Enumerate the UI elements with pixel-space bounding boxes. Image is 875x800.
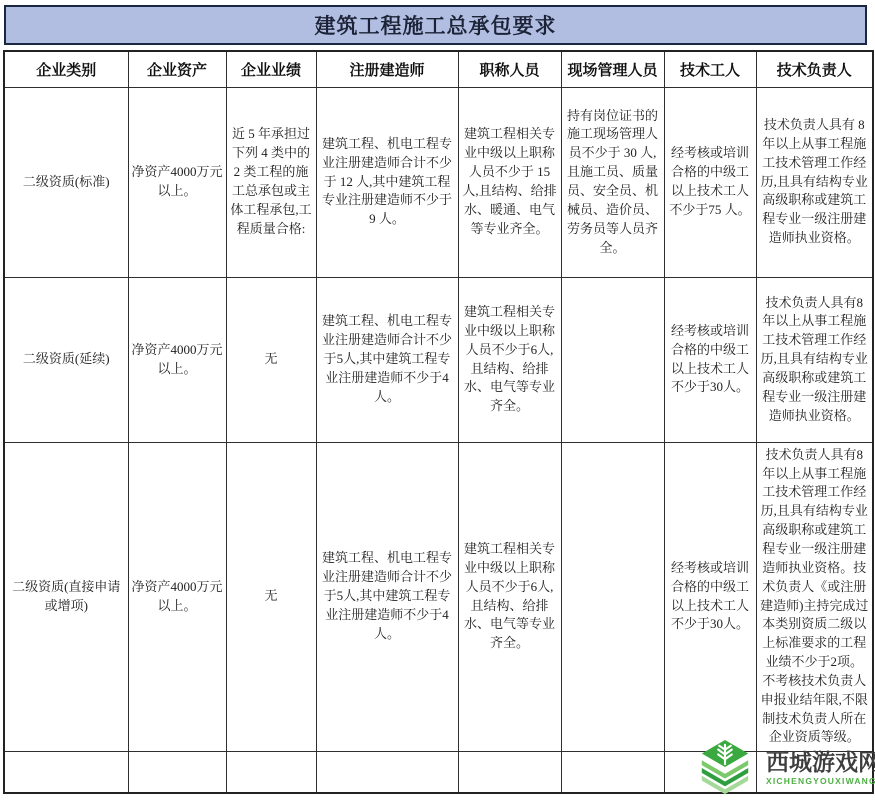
watermark: 西城游戏网 XICHENGYOUXIWANG: [686, 738, 874, 798]
cell-constructor: 建筑工程、机电工程专业注册建造师合计不少于5人,其中建筑工程专业注册建造师不少于…: [316, 277, 458, 442]
cell-assets: 净资产4000万元以上。: [128, 442, 226, 751]
header-registered-constructor: 注册建造师: [316, 51, 458, 87]
header-site-management: 现场管理人员: [561, 51, 664, 87]
cell-director: 技术负责人具有8年以上从事工程施工技术管理工作经历,且具有结构专业高级职称或建筑…: [756, 277, 873, 442]
header-enterprise-assets: 企业资产: [128, 51, 226, 87]
cell-assets: 净资产4000万元以上。: [128, 277, 226, 442]
wheat-layers-logo-icon: [686, 739, 764, 797]
header-enterprise-category: 企业类别: [4, 51, 128, 87]
cell-assets: 净资产4000万元以上。: [128, 87, 226, 277]
requirements-table: 企业类别 企业资产 企业业绩 注册建造师 职称人员 现场管理人员 技术工人 技术…: [3, 50, 874, 794]
cell-workers: 经考核或培训合格的中级工以上技术工人不少于75 人。: [664, 87, 756, 277]
cell-titled: 建筑工程相关专业中级以上职称人员不少于6人,且结构、给排水、电气等专业齐全。: [458, 442, 561, 751]
header-skilled-workers: 技术工人: [664, 51, 756, 87]
title-band: 建筑工程施工总承包要求: [4, 5, 867, 45]
cell-director: 技术负责人具有 8 年以上从事工程施工技术管理工作经历,且具有结构专业高级职称或…: [756, 87, 873, 277]
cell-category: 二级资质(直接申请或增项): [4, 442, 128, 751]
cell-performance: 近 5 年承担过下列 4 类中的 2 类工程的施工总承包或主体工程承包,工程质量…: [226, 87, 316, 277]
cell-constructor: 建筑工程、机电工程专业注册建造师合计不少于 12 人,其中建筑工程专业注册建造师…: [316, 87, 458, 277]
cell-site-mgmt: [561, 277, 664, 442]
header-technical-director: 技术负责人: [756, 51, 873, 87]
table-row: 二级资质(标准) 净资产4000万元以上。 近 5 年承担过下列 4 类中的 2…: [4, 87, 873, 277]
cell-empty: [561, 751, 664, 793]
cell-director: 技术负责人具有8年以上从事工程施工技术管理工作经历,且具有结构专业高级职称或建筑…: [756, 442, 873, 751]
cell-titled: 建筑工程相关专业中级以上职称人员不少于 15 人,且结构、给排水、暖通、电气等专…: [458, 87, 561, 277]
table-row: 二级资质(延续) 净资产4000万元以上。 无 建筑工程、机电工程专业注册建造师…: [4, 277, 873, 442]
page: 建筑工程施工总承包要求 企业类别 企业资产 企业业绩 注册建造师 职称人员 现场…: [0, 0, 875, 800]
cell-empty: [458, 751, 561, 793]
cell-empty: [226, 751, 316, 793]
cell-performance: 无: [226, 277, 316, 442]
cell-empty: [128, 751, 226, 793]
cell-titled: 建筑工程相关专业中级以上职称人员不少于6人,且结构、给排水、电气等专业齐全。: [458, 277, 561, 442]
cell-workers: 经考核或培训合格的中级工以上技术工人不少于30人。: [664, 442, 756, 751]
cell-constructor: 建筑工程、机电工程专业注册建造师合计不少于5人,其中建筑工程专业注册建造师不少于…: [316, 442, 458, 751]
cell-workers: 经考核或培训合格的中级工以上技术工人不少于30人。: [664, 277, 756, 442]
cell-empty: [4, 751, 128, 793]
table-header-row: 企业类别 企业资产 企业业绩 注册建造师 职称人员 现场管理人员 技术工人 技术…: [4, 51, 873, 87]
header-titled-personnel: 职称人员: [458, 51, 561, 87]
watermark-site-slug: XICHENGYOUXIWANG: [766, 776, 875, 786]
table-row: 二级资质(直接申请或增项) 净资产4000万元以上。 无 建筑工程、机电工程专业…: [4, 442, 873, 751]
cell-category: 二级资质(延续): [4, 277, 128, 442]
header-enterprise-performance: 企业业绩: [226, 51, 316, 87]
page-title: 建筑工程施工总承包要求: [315, 10, 557, 40]
cell-site-mgmt: 持有岗位证书的施工现场管理人员不少于 30 人,且施工员、质量员、安全员、机械员…: [561, 87, 664, 277]
cell-empty: [316, 751, 458, 793]
cell-category: 二级资质(标准): [4, 87, 128, 277]
watermark-site-name: 西城游戏网: [766, 750, 875, 775]
watermark-text-block: 西城游戏网 XICHENGYOUXIWANG: [766, 750, 875, 786]
cell-site-mgmt: [561, 442, 664, 751]
cell-performance: 无: [226, 442, 316, 751]
